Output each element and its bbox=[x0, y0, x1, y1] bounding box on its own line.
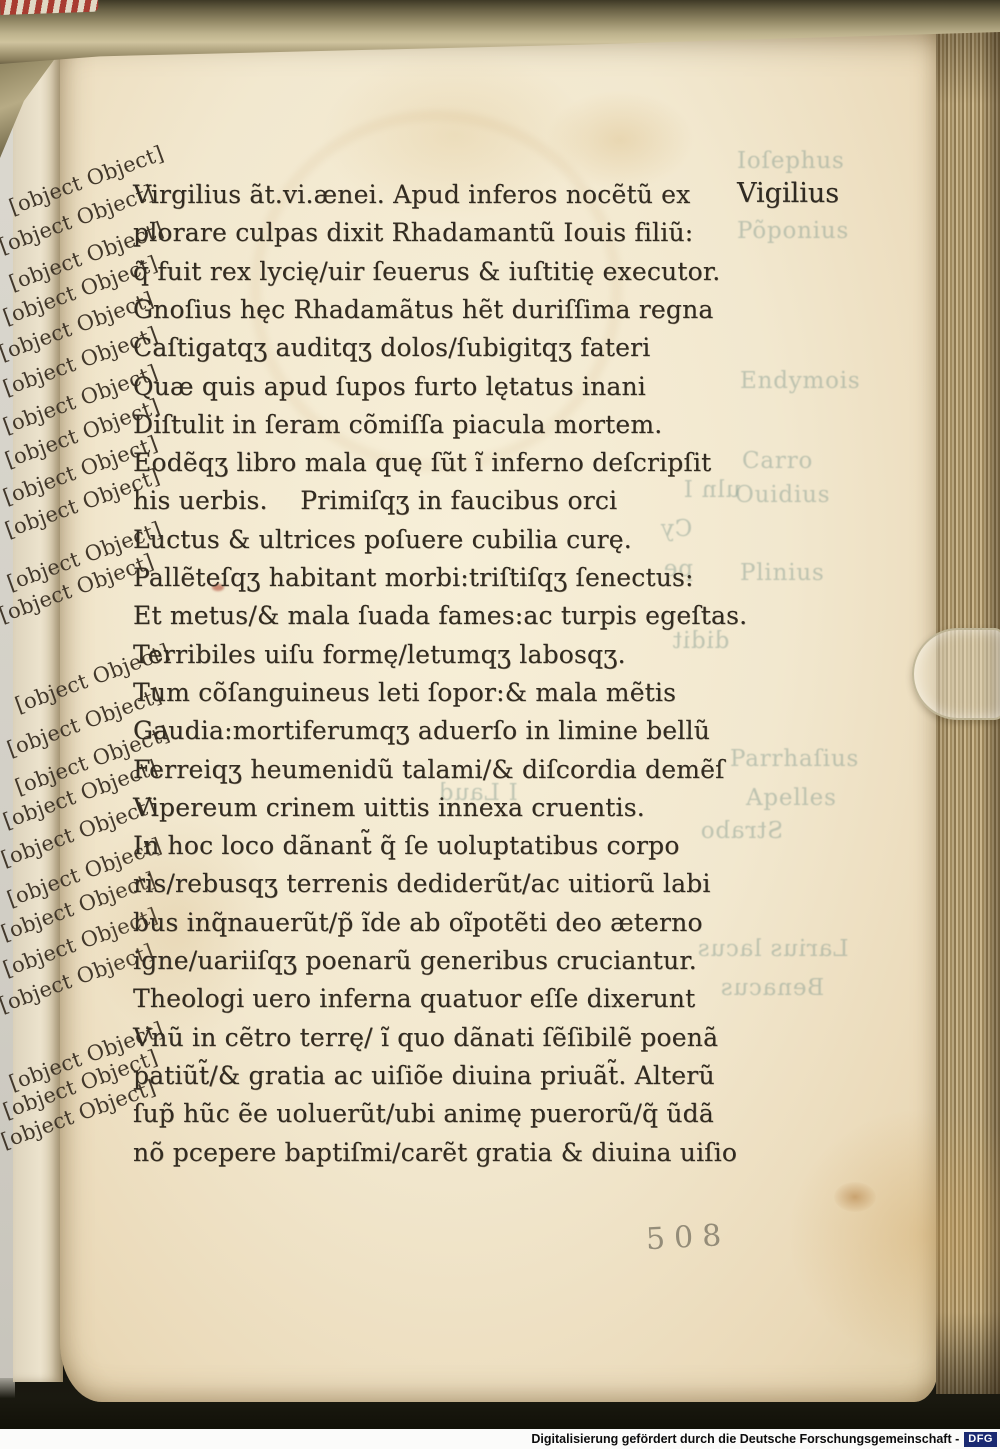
ghost-margin-note: uln I bbox=[683, 477, 740, 503]
ghost-margin-note: Põponius bbox=[737, 218, 849, 244]
ghost-margin-note: Ioſephus bbox=[737, 148, 845, 174]
dfg-logo: DFG bbox=[964, 1432, 997, 1447]
text-line: Virgilius ãt.vi.ænei. Apud inferos nocẽt… bbox=[133, 180, 690, 209]
text-line: Pallẽteſqʒ habitant morbi:triſtiſqʒ ſene… bbox=[133, 563, 694, 592]
ghost-margin-note: Apelles bbox=[746, 785, 837, 811]
ghost-margin-note: Benacus bbox=[720, 975, 824, 1001]
text-line: his uerbis. Primiſqʒ in faucibus orci bbox=[133, 486, 617, 515]
text-line: Theologi uero inferna quatuor eſſe dixer… bbox=[133, 984, 695, 1013]
text-line: Terribiles uiſu formę/letumqʒ labosqʒ. bbox=[133, 640, 626, 669]
credit-text: Digitalisierung gefördert durch die Deut… bbox=[531, 1432, 959, 1446]
text-line: igne/uariiſqʒ poenarũ generibus cruciant… bbox=[133, 946, 697, 975]
digitization-credit-bar: Digitalisierung gefördert durch die Deut… bbox=[0, 1429, 1000, 1449]
ghost-margin-note: didit bbox=[672, 628, 729, 654]
text-line: Et metus/& mala ſuada fames:ac turpis eg… bbox=[133, 601, 747, 630]
text-line: q̃ fuit rex lycię/uir ſeuerus & iuſtitię… bbox=[133, 257, 720, 286]
text-line: Caſtigatqʒ auditqʒ dolos/ſubigitqʒ fater… bbox=[133, 333, 650, 362]
bookmark-tab bbox=[912, 628, 1000, 720]
text-line: Gnoſius hęc Rhadamãtus hẽt duriſſima reg… bbox=[133, 295, 714, 324]
text-line: Diſtulit in ſeram cõmiſſa piacula mortem… bbox=[133, 410, 662, 439]
text-line: Gaudia:mortiferumqʒ aduerſo in limine be… bbox=[133, 716, 710, 745]
ghost-margin-note: Strabo bbox=[700, 818, 783, 844]
ghost-margin-note: Plinius bbox=[740, 560, 825, 586]
text-line: ris/rebusqʒ terrenis dediderũt/ac uitior… bbox=[133, 869, 711, 898]
text-line: Ferreiqʒ heumenidũ talami/& diſcordia de… bbox=[133, 755, 725, 784]
ghost-margin-note: Ouidius bbox=[735, 482, 830, 508]
text-line: Tum cõſanguineus leti ſopor:& mala mẽtis bbox=[133, 678, 676, 707]
text-line: Luctus & ultrices poſuere cubilia curę. bbox=[133, 525, 632, 554]
text-line: bus inq̃nauerũt/p̃ ĩde ab oĩpotẽti deo æ… bbox=[133, 908, 703, 937]
ghost-margin-note: Larius lacus bbox=[697, 936, 848, 962]
ghost-margin-note: Cy bbox=[660, 516, 692, 542]
text-line: ſup̃ hũc ẽe uoluerũt/ubi animę puerorũ/q… bbox=[133, 1099, 714, 1128]
text-line: In hoc loco dãnant̃ q̃ ſe uoluptatibus c… bbox=[133, 831, 680, 860]
text-line: Vnũ in cẽtro terrę/ ĩ quo dãnati ſẽſibil… bbox=[133, 1023, 718, 1052]
text-line: nõ pcepere baptiſmi/carẽt gratia & diuin… bbox=[133, 1138, 737, 1167]
text-line: patiũt̃/& gratia ac uiſiõe diuina priuãt… bbox=[133, 1061, 715, 1090]
text-line: Vipereum crinem uittis innexa cruentis. bbox=[133, 793, 645, 822]
ghost-margin-note: Endymois bbox=[740, 368, 861, 394]
ghost-margin-note: Carro bbox=[742, 448, 813, 474]
text-line: plorare culpas dixit Rhadamantũ Iouis fi… bbox=[133, 218, 693, 247]
book-scan-photo: [object Object][object Object][object Ob… bbox=[0, 0, 1000, 1449]
text-line: Quæ quis apud ſupos furto lętatus inani bbox=[133, 372, 646, 401]
pencil-folio-number: 508 bbox=[645, 1218, 731, 1257]
text-line: Eodẽqʒ libro mala quę ſũt ĩ inferno deſc… bbox=[133, 448, 711, 477]
margin-note-vigilius: Vigilius bbox=[737, 178, 839, 209]
ghost-margin-note: Parrhaſius bbox=[730, 746, 859, 772]
